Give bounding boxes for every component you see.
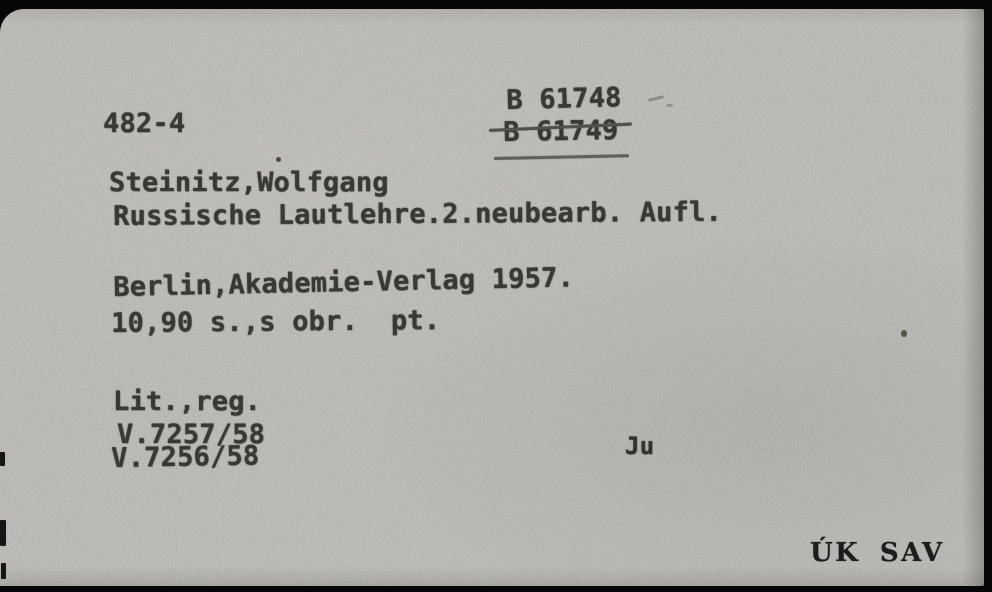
author-line: Steinitz,Wolfgang xyxy=(109,168,389,198)
title-line: Russische Lautlehre.2.neubearb. Aufl. xyxy=(113,198,722,232)
notes-line: Lit.,reg. xyxy=(113,387,261,417)
scan-edge-mark xyxy=(0,452,5,466)
price-collation-line: 10,90 s.,s obr. pt. xyxy=(111,306,440,339)
library-stamp: ÚK SAV xyxy=(810,538,945,568)
ink-speck xyxy=(901,330,907,337)
shelf-mark: 482-4 xyxy=(103,109,185,139)
pencil-mark xyxy=(666,104,673,107)
accession-number-2: B 61749 xyxy=(503,116,619,148)
scan-edge-mark xyxy=(0,520,6,546)
ink-speck xyxy=(276,157,281,162)
scanned-catalog-card-page: 482-4 B 61748 B 61749 Steinitz,Wolfgang … xyxy=(0,0,992,592)
accession-number-1: B 61748 xyxy=(506,83,622,115)
cataloguer-initials: Ju xyxy=(625,433,654,459)
scan-edge-mark xyxy=(1,563,6,579)
order-number-2: V.7256/58 xyxy=(111,441,260,473)
